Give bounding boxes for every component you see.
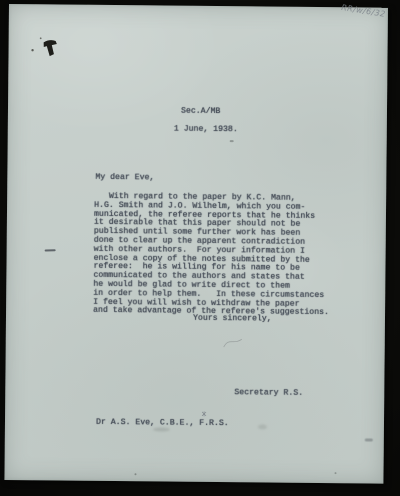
faint-smudge xyxy=(153,427,170,431)
letter-salutation: My dear Eve, xyxy=(95,174,154,183)
letter-body: With regard to the paper by K.C. Mann, H… xyxy=(93,193,344,319)
archival-reference-handwritten: RR/w/6/32 xyxy=(341,3,400,23)
pencil-smudge xyxy=(365,438,373,441)
letter-signature: Secretary R.S. xyxy=(234,389,303,398)
letter-paper: RR/w/6/32 Sec.A/MB 1 June, 1938. My dear… xyxy=(4,4,388,484)
faint-smudge xyxy=(258,424,267,429)
paper-speck xyxy=(134,473,136,475)
pencil-dash-mark xyxy=(45,249,56,251)
ink-blot xyxy=(28,32,68,67)
paper-speck xyxy=(335,472,337,474)
letter-closing: Yours sincerely, xyxy=(193,315,272,325)
scan-background: RR/w/6/32 Sec.A/MB 1 June, 1938. My dear… xyxy=(0,0,400,496)
hair-squiggle-mark xyxy=(222,334,244,355)
paper-speck xyxy=(230,140,234,142)
letter-reference: Sec.A/MB xyxy=(181,108,220,117)
letter-date: 1 June, 1938. xyxy=(174,126,238,135)
